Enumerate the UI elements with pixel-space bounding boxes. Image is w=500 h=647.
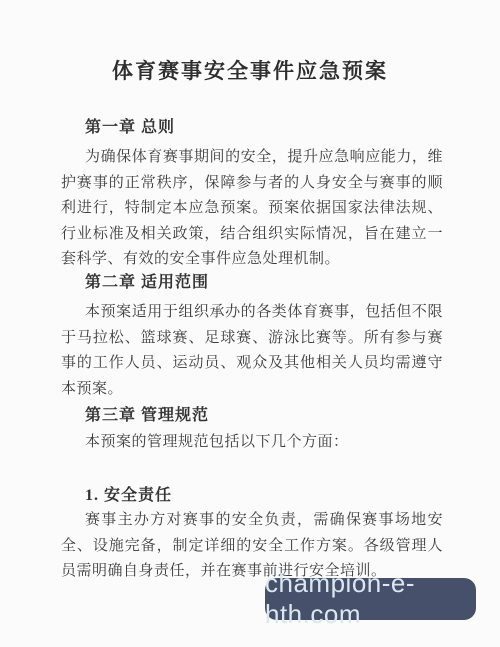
document-title: 体育赛事安全事件应急预案 [0,58,500,84]
chapter-3-intro-paragraph: 本预案的管理规范包括以下几个方面： [61,430,443,456]
chapter-3-heading: 第三章 管理规范 [61,404,443,428]
chapter-1-paragraph: 为确保体育赛事期间的安全，提升应急响应能力，维护赛事的正常秩序，保障参与者的人身… [61,145,443,273]
chapter-2-heading: 第二章 适用范围 [61,271,443,295]
watermark-badge: champion-e-hth.com [265,578,476,620]
chapter-2-paragraph: 本预案适用于组织承办的各类体育赛事，包括但不限于马拉松、篮球赛、足球赛、游泳比赛… [61,300,443,402]
subsection-1-safety-responsibility-heading: 1. 安全责任 [61,484,443,508]
document-page: 体育赛事安全事件应急预案 第一章 总则 为确保体育赛事期间的安全，提升应急响应能… [0,0,500,647]
chapter-1-heading: 第一章 总则 [61,116,443,140]
watermark-url-text: champion-e-hth.com [265,568,476,630]
